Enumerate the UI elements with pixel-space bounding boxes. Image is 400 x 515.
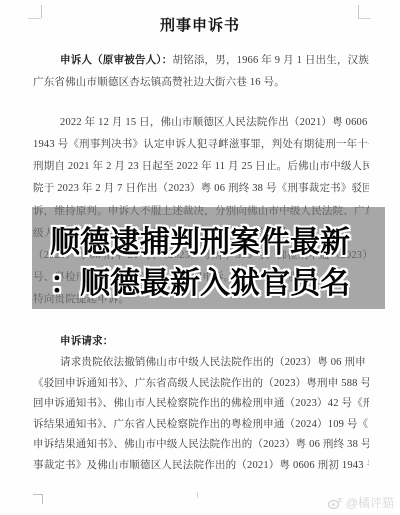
- headline-overlay: 顺德逮捕判刑案件最新 ：顺德最新入狱官员名: [0, 222, 400, 304]
- headline-line-1: 顺德逮捕判刑案件最新: [0, 222, 400, 263]
- doc-line: 1943 号《刑事判决书》认定申诉人犯寻衅滋事罪，判处有期徒刑一年十个月，: [33, 134, 369, 156]
- paragraph: 2022 年 12 月 15 日，佛山市顺德区人民法院作出（2021）粤 060…: [33, 112, 369, 200]
- weibo-eye-icon: [327, 496, 343, 510]
- doc-line: 诉结果通知书》、广东省人民检察院作出的粤检刑申通（2024）109 号《刑事: [33, 415, 369, 436]
- doc-line: 申诉请求：: [33, 331, 369, 353]
- paragraph: 申诉人（原审被告人）：胡铭添，男，1966 年 9 月 1 日出生，汉族，住广东…: [33, 50, 369, 94]
- paragraph: 申诉请求：: [33, 331, 369, 353]
- doc-line: 2022 年 12 月 15 日，佛山市顺德区人民法院作出（2021）粤 060…: [33, 112, 369, 134]
- doc-line: 诉，维持原判。申诉人不服上述裁决，分别向佛山市中级人民法院、广东省高: [33, 201, 369, 223]
- doc-line: 申诉人（原审被告人）：胡铭添，男，1966 年 9 月 1 日出生，汉族，住: [33, 50, 369, 72]
- doc-line: 事裁定书》及佛山市顺德区人民法院作出的（2021）粤 0606 刑初 1943 …: [33, 456, 369, 477]
- doc-line: 广东省佛山市顺德区杏坛镇高赞社边大街六巷 16 号。: [33, 72, 369, 94]
- page-corner-mark: [197, 492, 198, 498]
- document-screenshot: 刑事申诉书 申诉人（原审被告人）：胡铭添，男，1966 年 9 月 1 日出生，…: [0, 0, 400, 515]
- document-body-bottom: 申诉请求：请求贵院依法撤销佛山市中级人民法院作出的（2023）粤 06 刑申 2…: [33, 331, 369, 476]
- watermark: @橘评猫: [327, 494, 394, 511]
- doc-line: 申诉结果通知书》、佛山市中级人民法院作出的（2023）粤 06 刑终 38 号《…: [33, 435, 369, 456]
- document-title: 刑事申诉书: [0, 14, 400, 38]
- paragraph: 请求贵院依法撤销佛山市中级人民法院作出的（2023）粤 06 刑申 21 号《驳…: [33, 353, 369, 476]
- doc-line: 请求贵院依法撤销佛山市中级人民法院作出的（2023）粤 06 刑申 21 号: [33, 353, 369, 374]
- page-corner-mark: [42, 494, 43, 504]
- doc-line: 刑期自 2021 年 2 月 23 日起至 2022 年 11 月 25 日止。…: [33, 156, 369, 178]
- page-corner-mark: [33, 494, 42, 495]
- doc-line: 回申诉通知书》、佛山市人民检察院作出的佛检刑申通（2023）42 号《刑事申: [33, 394, 369, 415]
- headline-line-2: ：顺德最新入狱官员名: [0, 263, 400, 304]
- document-body-top: 申诉人（原审被告人）：胡铭添，男，1966 年 9 月 1 日出生，汉族，住广东…: [33, 50, 369, 200]
- doc-line-label: 申诉人（原审被告人）：: [60, 55, 172, 66]
- watermark-handle: @橘评猫: [346, 494, 394, 511]
- doc-line: 《驳回申诉通知书》、广东省高级人民法院作出的（2023）粤刑申 588 号《驳: [33, 374, 369, 395]
- doc-line: 院于 2023 年 2 月 7 日作出（2023）粤 06 刑终 38 号《刑事…: [33, 178, 369, 200]
